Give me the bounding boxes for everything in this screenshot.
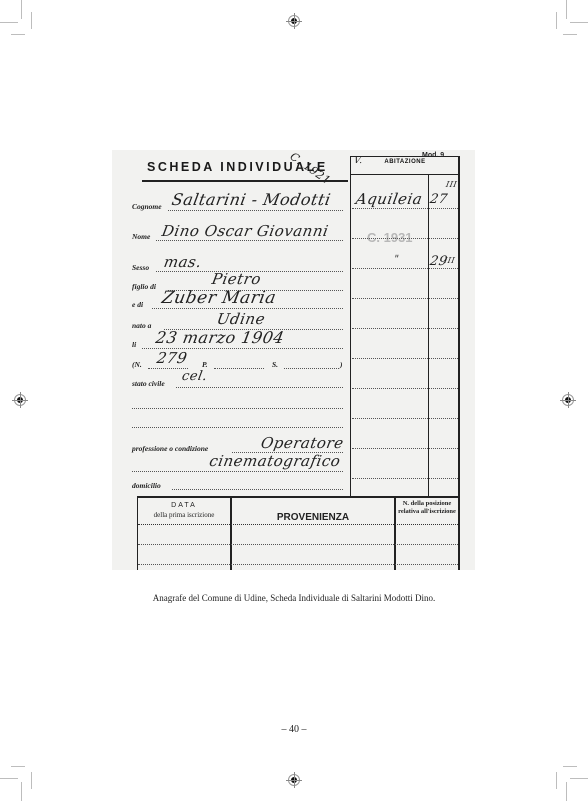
field-line (132, 408, 343, 409)
row-line (352, 328, 458, 329)
crop-mark (11, 34, 25, 35)
field-line (152, 308, 343, 309)
field-line (156, 240, 343, 241)
table-row-line (138, 564, 458, 565)
table-header-line (138, 524, 458, 525)
label-figlio-di: figlio di (132, 282, 156, 291)
label-p: P. (202, 360, 208, 369)
registration-mark-icon (14, 394, 26, 406)
value-figlio-di: Pietro (210, 270, 262, 288)
registration-mark-icon (288, 774, 300, 786)
field-line (148, 368, 188, 369)
abitazione-number-1: 27 (429, 192, 449, 207)
label-e-di: e di (132, 300, 143, 309)
value-nato-a: Udine (215, 310, 266, 328)
crop-mark (566, 782, 567, 801)
col-provenienza-title: PROVENIENZA (232, 512, 394, 523)
row-line (352, 358, 458, 359)
value-stato-civile: cel. (181, 369, 209, 384)
row-line (352, 448, 458, 449)
crop-mark (0, 22, 18, 23)
label-cognome: Cognome (132, 202, 162, 211)
bottom-table-top (137, 496, 459, 498)
abitazione-header-border (350, 174, 459, 175)
field-line (132, 427, 343, 428)
crop-mark (570, 778, 588, 779)
field-line (176, 387, 343, 388)
row-line (352, 418, 458, 419)
crop-mark (556, 772, 557, 789)
label-nato-a: nato a (132, 321, 151, 330)
abitazione-mark-1: III (445, 180, 458, 189)
field-line (168, 210, 343, 211)
value-nome: Dino Oscar Giovanni (160, 222, 330, 240)
value-n: 279 (155, 349, 188, 367)
row-line (352, 388, 458, 389)
bottom-table-divider (230, 496, 232, 570)
registration-mark-icon (562, 394, 574, 406)
label-sesso: Sesso (132, 263, 149, 272)
label-s: S. (272, 360, 278, 369)
field-line (284, 368, 339, 369)
crop-mark (556, 12, 557, 29)
value-cognome: Saltarini - Modotti (170, 190, 332, 209)
label-stato-civile: stato civile (132, 379, 165, 388)
label-domicilio: domicilio (132, 481, 161, 490)
crop-mark (21, 0, 22, 19)
crop-mark (566, 0, 567, 19)
page-number: – 40 – (0, 724, 588, 735)
scheda-individuale-card: SCHEDA INDIVIDUALE Mod. 9 C. 1921 ABITAZ… (112, 150, 475, 570)
col-data-subtitle: della prima iscrizione (138, 511, 230, 519)
row-line (352, 208, 458, 209)
field-line (172, 489, 343, 490)
abitazione-left-border (350, 156, 351, 496)
row-line (352, 298, 458, 299)
label-li: li (132, 340, 136, 349)
crop-mark (31, 12, 32, 29)
value-professione: Operatore cinematografico (169, 434, 345, 470)
crop-mark (570, 22, 588, 23)
col-data-title: DATA (138, 502, 230, 510)
field-line (214, 368, 264, 369)
label-n: (N. (132, 360, 142, 369)
abitazione-top-border (350, 156, 459, 157)
crop-mark (563, 34, 577, 35)
label-nome: Nome (132, 232, 150, 241)
abitazione-header: ABITAZIONE (352, 159, 458, 165)
crop-mark (11, 766, 25, 767)
bottom-table-divider (394, 496, 396, 570)
value-li: 23 marzo 1904 (154, 328, 286, 347)
col-posizione-title: N. della posizione relativa all'iscrizio… (398, 500, 456, 516)
scanned-form-image: SCHEDA INDIVIDUALE Mod. 9 C. 1921 ABITAZ… (112, 150, 475, 570)
abitazione-right-border (458, 156, 460, 496)
abitazione-place-2: " (393, 254, 400, 265)
row-line (352, 478, 458, 479)
title-rule (142, 180, 348, 182)
value-sesso: mas. (162, 253, 203, 271)
crop-mark (21, 782, 22, 801)
annotation-v: V. (353, 156, 364, 166)
figure-caption: Anagrafe del Comune di Udine, Scheda Ind… (0, 593, 588, 603)
bottom-table-border (458, 496, 460, 570)
crop-mark (31, 772, 32, 789)
row-line (352, 238, 458, 239)
abitazione-mark-2: III (443, 256, 456, 265)
table-row-line (138, 544, 458, 545)
registration-mark-icon (288, 15, 300, 27)
field-line (132, 471, 343, 472)
label-paren: ) (340, 360, 343, 369)
crop-mark (0, 778, 18, 779)
abitazione-place-1: Aquileia (354, 190, 423, 208)
value-e-di: Zuber Maria (160, 288, 278, 308)
crop-mark (563, 766, 577, 767)
